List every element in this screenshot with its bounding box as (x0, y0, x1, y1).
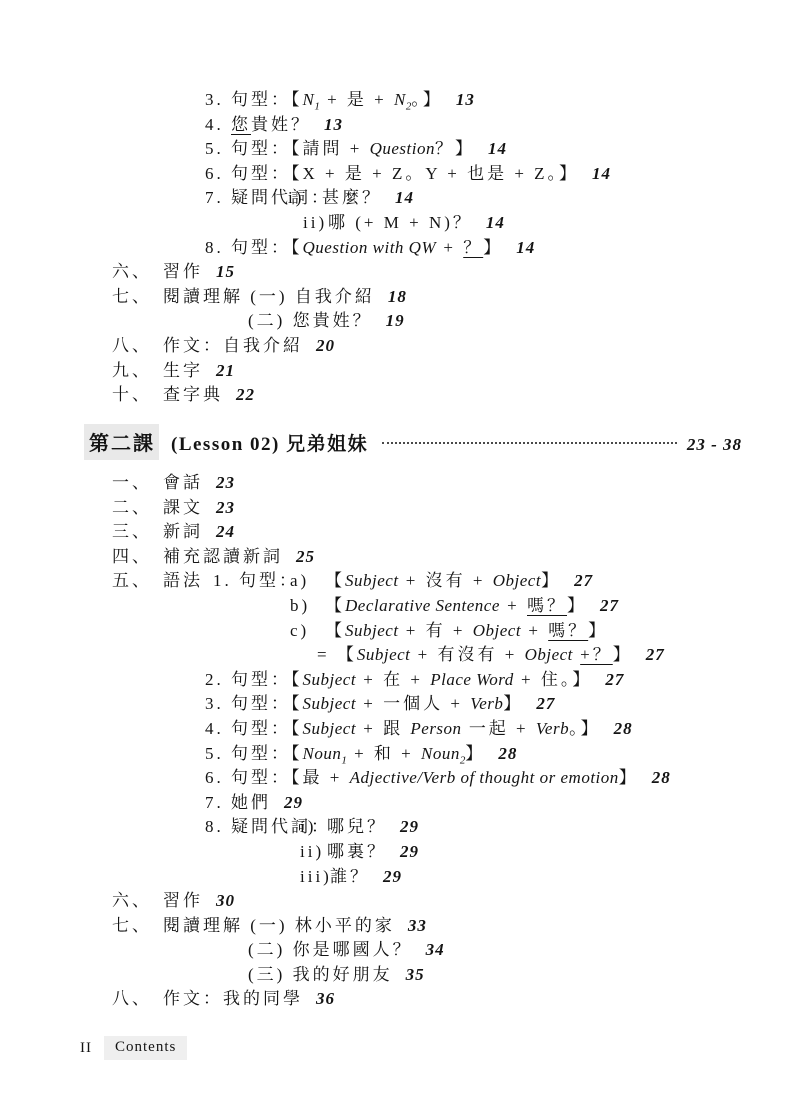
toc-text: 七、 (112, 914, 152, 939)
toc-row: = 【Subject + 有沒有 + Object +？】27 (0, 643, 800, 668)
lesson2-toc-rows: 一、會話23二、課文23三、新詞24四、補充認讀新詞25五、語法1. 句型：a)… (0, 471, 800, 1012)
toc-text: 1. 句型： (213, 569, 299, 594)
toc-text: 甚麼？14 (322, 186, 414, 211)
page-number: 36 (316, 989, 335, 1008)
toc-text: 3. 句型：【Subject + 一個人 + Verb】27 (205, 692, 555, 717)
page-number: 30 (216, 891, 235, 910)
toc-row: 八、作文：我的同學36 (0, 987, 800, 1012)
toc-row: 八、作文：自我介紹20 (0, 334, 800, 359)
toc-text: = 【Subject + 有沒有 + Object +？】27 (317, 643, 665, 668)
toc-text: 4. 句型：【Subject + 跟 Person 一起 + Verb。】28 (205, 717, 633, 742)
toc-row: 6. 句型：【X + 是 + Z。Y + 也是 + Z。】14 (0, 162, 800, 187)
toc-row: c)【Subject + 有 + Object + 嗎？】 (0, 619, 800, 644)
toc-text: 五、 (112, 569, 152, 594)
toc-row: 六、習作15 (0, 260, 800, 285)
toc-text: 7. 疑問代詞： (205, 186, 331, 211)
page-number: 24 (216, 522, 235, 541)
toc-row: 九、生字21 (0, 359, 800, 384)
page-number: 21 (216, 361, 235, 380)
toc-text: a) (290, 569, 309, 594)
toc-text: (二) 你是哪國人？34 (248, 938, 445, 963)
toc-row: 3. 句型：【N1 + 是 + N2。】13 (0, 88, 800, 113)
page-number: 15 (216, 262, 235, 281)
toc-row: 三、新詞24 (0, 520, 800, 545)
toc-text: 四、 (112, 545, 152, 570)
toc-row: 二、課文23 (0, 496, 800, 521)
toc-row: 四、補充認讀新詞25 (0, 545, 800, 570)
contents-running-label: Contents (104, 1036, 187, 1060)
toc-text: 八、 (112, 987, 152, 1012)
contents-page: 3. 句型：【N1 + 是 + N2。】134. 您貴姓？135. 句型：【請問… (0, 0, 800, 1095)
toc-row: 4. 您貴姓？13 (0, 113, 800, 138)
page-number: 13 (456, 90, 475, 109)
page-number: 23 (216, 498, 235, 517)
page-number: 22 (236, 385, 255, 404)
toc-text: 新詞24 (163, 520, 235, 545)
toc-text: 哪裏？29 (327, 840, 419, 865)
toc-text: 九、 (112, 359, 152, 384)
toc-text: 【Subject + 有 + Object + 嗎？】 (325, 619, 608, 644)
toc-text: i) (288, 186, 304, 211)
toc-text: 課文23 (163, 496, 235, 521)
page-number: 23 (216, 473, 235, 492)
toc-row: 5. 句型：【Noun1 + 和 + Noun2】28 (0, 742, 800, 767)
toc-text: 2. 句型：【Subject + 在 + Place Word + 住。】27 (205, 668, 624, 693)
toc-text: 誰？29 (330, 865, 402, 890)
toc-text: 查字典22 (163, 383, 255, 408)
toc-row: 3. 句型：【Subject + 一個人 + Verb】27 (0, 692, 800, 717)
toc-row: 一、會話23 (0, 471, 800, 496)
lesson-number-badge: 第二課 (84, 424, 159, 460)
toc-text: 【Declarative Sentence + 嗎？】27 (325, 594, 619, 619)
toc-text: ii) (303, 211, 327, 236)
toc-row: 5. 句型：【請問 + Question？】14 (0, 137, 800, 162)
page-number: 35 (406, 965, 425, 984)
toc-row: 五、語法1. 句型：a)【Subject + 沒有 + Object】27 (0, 569, 800, 594)
toc-text: 哪兒？29 (327, 815, 419, 840)
toc-text: iii) (300, 865, 332, 890)
toc-row: b)【Declarative Sentence + 嗎？】27 (0, 594, 800, 619)
toc-text: 哪 (+ M + N)？14 (328, 211, 505, 236)
toc-text: 七、 (112, 285, 152, 310)
page-number: 13 (324, 115, 343, 134)
toc-row: ii)哪 (+ M + N)？14 (0, 211, 800, 236)
page-number: 20 (316, 336, 335, 355)
page-number: 29 (284, 793, 303, 812)
toc-row: (三) 我的好朋友35 (0, 963, 800, 988)
toc-text: ii) (300, 840, 324, 865)
toc-text: 十、 (112, 383, 152, 408)
toc-text: 閱讀理解 (一) 林小平的家33 (163, 914, 427, 939)
toc-text: 八、 (112, 334, 152, 359)
page-number: 27 (646, 645, 665, 664)
toc-text: i) (300, 815, 316, 840)
page-number: 27 (574, 571, 593, 590)
page-number: 27 (605, 670, 624, 689)
page-number: 28 (614, 719, 633, 738)
page-number: 14 (395, 188, 414, 207)
toc-text: 作文：自我介紹20 (163, 334, 335, 359)
page-number: 33 (408, 916, 427, 935)
toc-text: c) (290, 619, 309, 644)
toc-text: 一、 (112, 471, 152, 496)
dotted-leader (382, 442, 677, 444)
toc-text: 習作30 (163, 889, 235, 914)
page-number: 28 (498, 744, 517, 763)
toc-text: 六、 (112, 889, 152, 914)
toc-text: 二、 (112, 496, 152, 521)
toc-row: 4. 句型：【Subject + 跟 Person 一起 + Verb。】28 (0, 717, 800, 742)
page-number: 28 (652, 768, 671, 787)
toc-row: 七、閱讀理解 (一) 自我介紹18 (0, 285, 800, 310)
toc-text: 7. 她們29 (205, 791, 303, 816)
toc-row: 7. 她們29 (0, 791, 800, 816)
toc-text: (三) 我的好朋友35 (248, 963, 425, 988)
toc-text: 生字21 (163, 359, 235, 384)
toc-row: 十、查字典22 (0, 383, 800, 408)
toc-text: 閱讀理解 (一) 自我介紹18 (163, 285, 407, 310)
toc-text: 會話23 (163, 471, 235, 496)
toc-text: 作文：我的同學36 (163, 987, 335, 1012)
toc-text: 六、 (112, 260, 152, 285)
page-number: 14 (486, 213, 505, 232)
toc-text: 4. 您貴姓？13 (205, 113, 343, 138)
toc-text: 6. 句型：【最 + Adjective/Verb of thought or … (205, 766, 671, 791)
page-number: 34 (426, 940, 445, 959)
toc-text: 【Subject + 沒有 + Object】27 (325, 569, 593, 594)
page-number: 25 (296, 547, 315, 566)
lesson-title: (Lesson 02) 兄弟姐妹 (171, 429, 368, 456)
page-number: 27 (600, 596, 619, 615)
lesson1-toc-rows: 3. 句型：【N1 + 是 + N2。】134. 您貴姓？135. 句型：【請問… (0, 88, 800, 408)
toc-row: 7. 疑問代詞：i)甚麼？14 (0, 186, 800, 211)
page-number: 19 (386, 311, 405, 330)
lesson-page-range: 23 - 38 (687, 435, 742, 455)
page-number: 27 (536, 694, 555, 713)
lesson2-header: 第二課 (Lesson 02) 兄弟姐妹 23 - 38 (84, 424, 742, 460)
toc-text: 補充認讀新詞25 (163, 545, 315, 570)
page-number: 29 (383, 867, 402, 886)
toc-row: iii)誰？29 (0, 865, 800, 890)
toc-text: 習作15 (163, 260, 235, 285)
toc-row: 6. 句型：【最 + Adjective/Verb of thought or … (0, 766, 800, 791)
page-number: 14 (592, 164, 611, 183)
page-number: 29 (400, 842, 419, 861)
toc-row: ii)哪裏？29 (0, 840, 800, 865)
folio-page-number: II (80, 1040, 92, 1057)
toc-text: 5. 句型：【請問 + Question？】14 (205, 137, 507, 162)
page-number: 18 (388, 287, 407, 306)
toc-text: b) (290, 594, 310, 619)
toc-row: 2. 句型：【Subject + 在 + Place Word + 住。】27 (0, 668, 800, 693)
toc-text: 語法 (163, 569, 203, 594)
page-number: 14 (516, 238, 535, 257)
toc-row: 8. 疑問代詞：i)哪兒？29 (0, 815, 800, 840)
toc-row: 六、習作30 (0, 889, 800, 914)
page-number: 29 (400, 817, 419, 836)
toc-text: 6. 句型：【X + 是 + Z。Y + 也是 + Z。】14 (205, 162, 611, 187)
toc-row: 8. 句型：【Question with QW + ？】14 (0, 236, 800, 261)
toc-text: 8. 句型：【Question with QW + ？】14 (205, 236, 535, 261)
toc-row: (二) 你是哪國人？34 (0, 938, 800, 963)
toc-row: (二) 您貴姓？19 (0, 309, 800, 334)
toc-text: 三、 (112, 520, 152, 545)
toc-text: (二) 您貴姓？19 (248, 309, 405, 334)
page-number: 14 (488, 139, 507, 158)
page-footer: II Contents (80, 1036, 187, 1060)
toc-row: 七、閱讀理解 (一) 林小平的家33 (0, 914, 800, 939)
